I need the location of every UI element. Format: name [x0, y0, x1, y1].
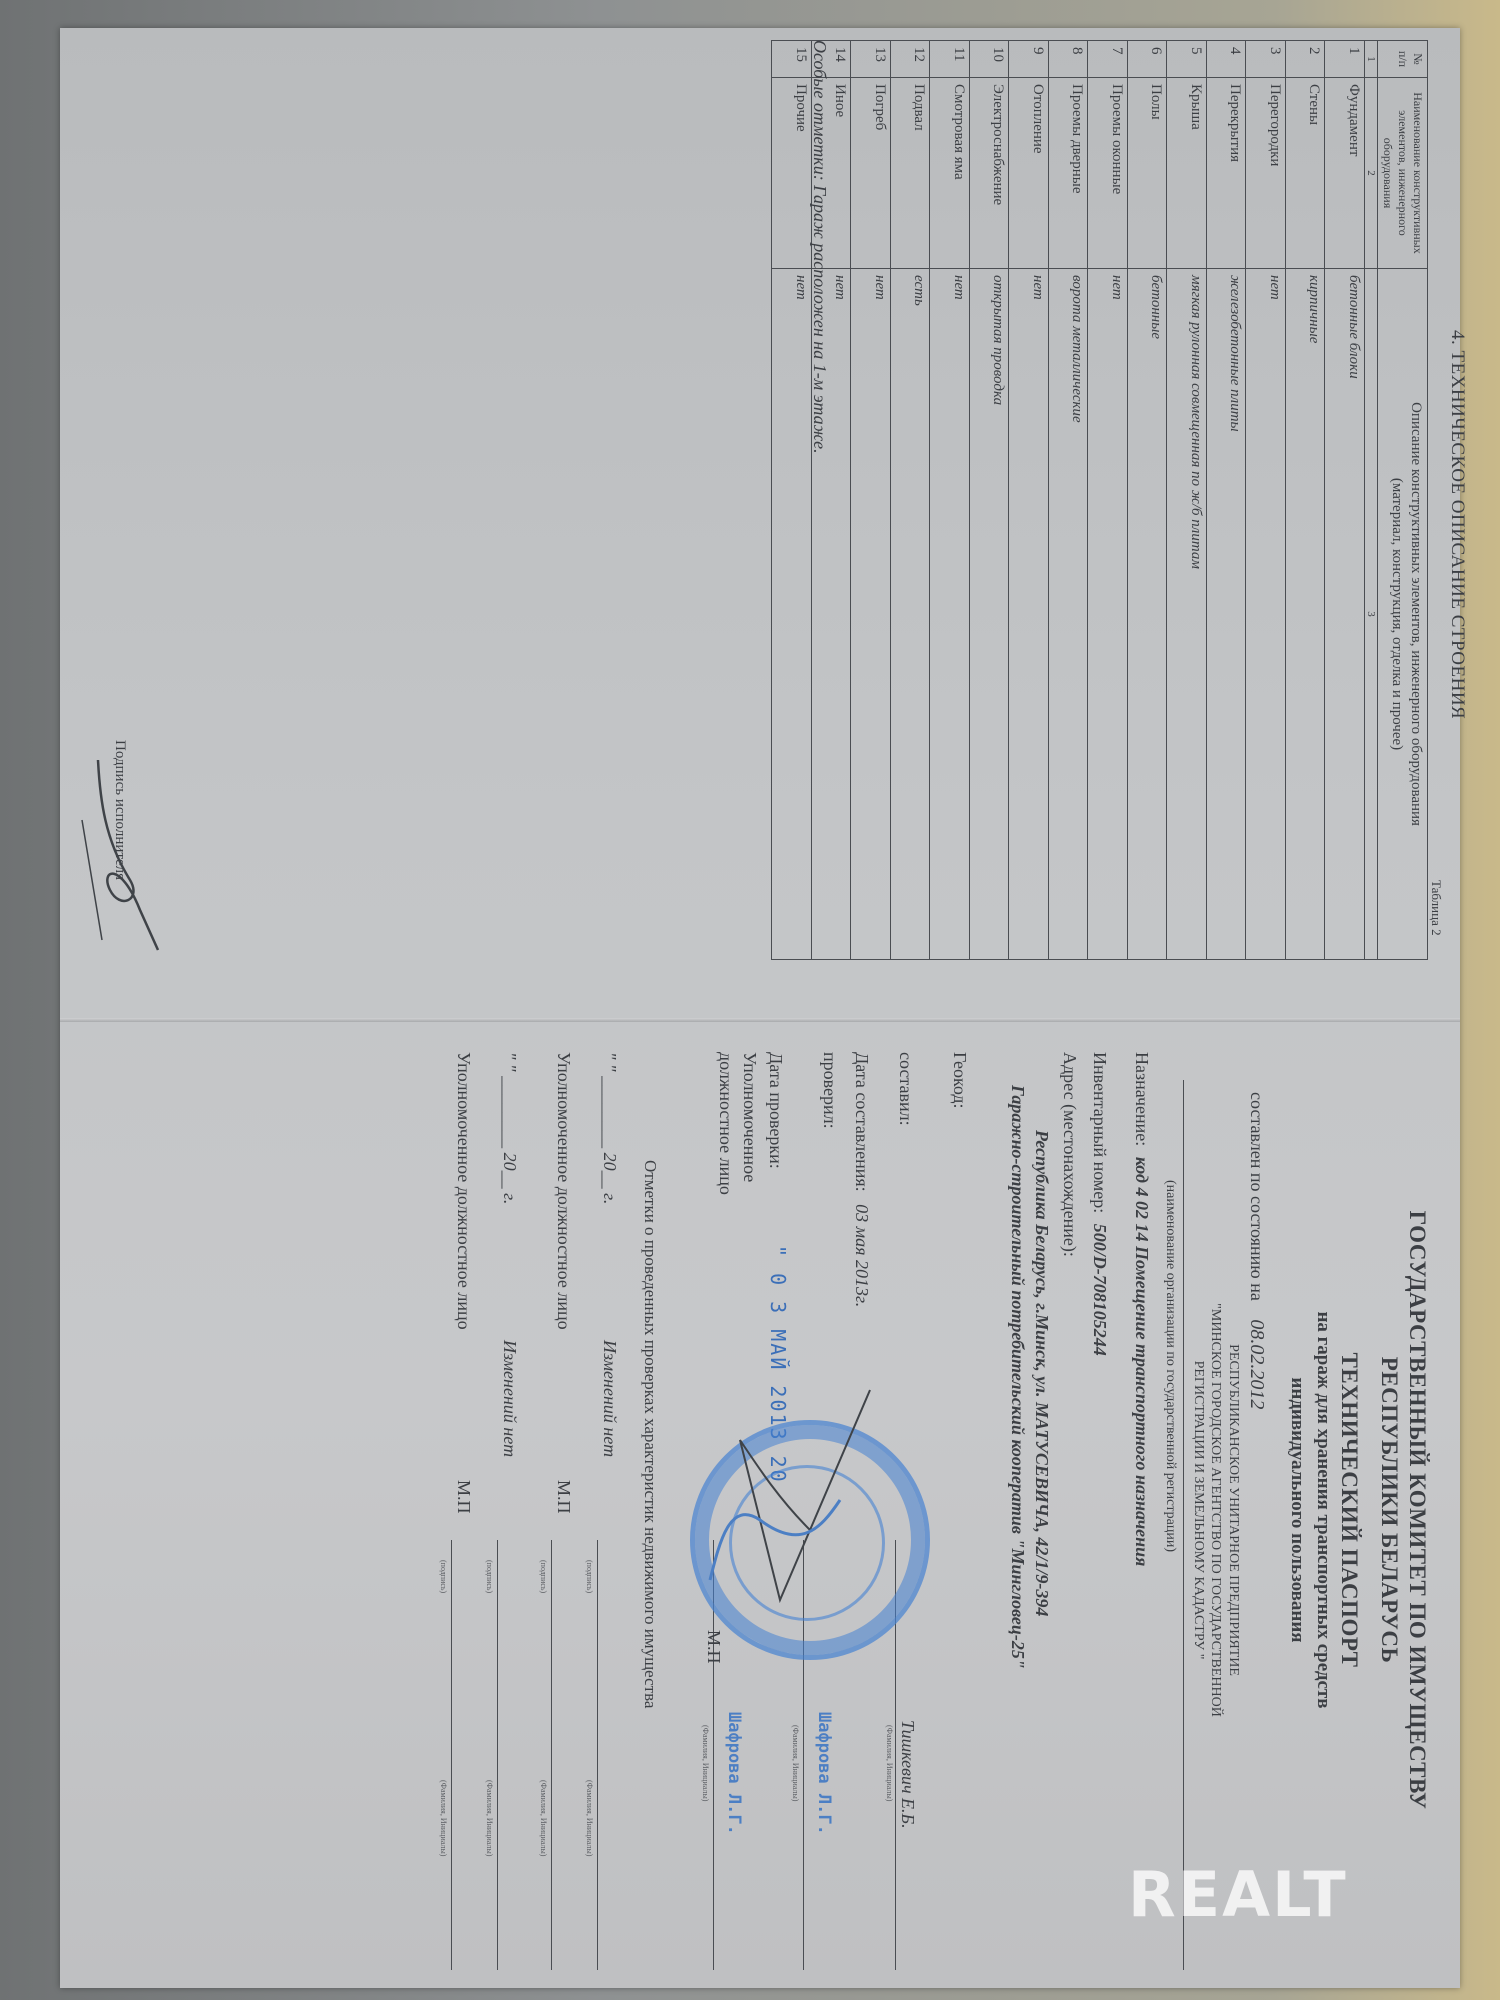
row-description: нет — [1088, 269, 1128, 960]
row-description: железобетонные плиты — [1207, 269, 1247, 960]
compiled-by-caption: (Фамилия, Инициалы) — [885, 1725, 894, 1801]
inspection-date: " " ________ 20__ г. — [499, 1052, 520, 1204]
inspection-date: " " ________ 20__ г. — [599, 1052, 620, 1204]
header-description-line1: Описание конструктивных элементов, инжен… — [1406, 275, 1425, 953]
row-description: кирпичные — [1286, 269, 1326, 960]
table-row: 5Крышамягкая рулонная совмещенная по ж/б… — [1167, 41, 1207, 960]
index-cell: 3 — [1365, 269, 1378, 960]
checked-by-label: проверил: — [819, 1052, 840, 1129]
row-description: нет — [1009, 269, 1049, 960]
inspection-signature-line — [597, 1540, 598, 1970]
section-title: 4. ТЕХНИЧЕСКОЕ ОПИСАНИЕ СТРОЕНИЯ — [1446, 330, 1468, 719]
checked-by-name: Шафрова Л.Г. — [814, 1712, 834, 1835]
row-description: ворота металлические — [1049, 269, 1089, 960]
table-row: 10Электроснабжениеоткрытая проводка — [970, 41, 1010, 960]
purpose-label: Назначение: — [1132, 1052, 1152, 1146]
header-description-line2: (материал, конструкция, отделка и прочее… — [1388, 275, 1407, 953]
row-description: нет — [851, 269, 891, 960]
row-number: 12 — [891, 41, 931, 78]
compile-date-value: 03 мая 2013г. — [852, 1204, 872, 1307]
inspection-authorized-surname-caption: (Фамилия, Инициалы) — [439, 1780, 448, 1856]
committee-header-line1: ГОСУДАРСТВЕННЫЙ КОМИТЕТ ПО ИМУЩЕСТВУ — [1404, 1110, 1430, 1910]
authorized-name: Шафрова Л.Г. — [724, 1712, 744, 1835]
table-row: 2Стеныкирпичные — [1286, 41, 1326, 960]
table-row: 9Отоплениенет — [1009, 41, 1049, 960]
compile-date: Дата составления: 03 мая 2013г. — [851, 1052, 872, 1307]
row-element-name: Электроснабжение — [970, 78, 1010, 269]
table-row: 12Подвалесть — [891, 41, 931, 960]
inspection-authorized-surname-caption: (Фамилия, Инициалы) — [539, 1780, 548, 1856]
row-description: бетонные блоки — [1325, 269, 1365, 960]
table-row: 6Полыбетонные — [1128, 41, 1168, 960]
organization-caption: (наименование организации по государстве… — [1162, 1180, 1178, 1552]
inventory-value: 500/D-708105244 — [1090, 1224, 1110, 1356]
inspection-authorized-label: Уполномоченное должностное лицо — [453, 1052, 474, 1330]
row-number: 2 — [1286, 41, 1326, 78]
row-element-name: Фундамент — [1325, 78, 1365, 269]
compiled-as-of: составлен по состоянию на 08.02.2012 — [1245, 1092, 1268, 1409]
executor-signature-icon — [80, 760, 160, 960]
table-header-row: № п/п Наименование конструктивных элемен… — [1378, 41, 1428, 960]
inspection-authorized-signature-caption: (подпись) — [439, 1560, 448, 1593]
inspection-authorized-line — [551, 1540, 552, 1970]
passport-title: ТЕХНИЧЕСКИЙ ПАСПОРТ — [1336, 1110, 1362, 1910]
table-index-row: 1 2 3 — [1365, 41, 1378, 960]
index-cell: 1 — [1365, 41, 1378, 78]
inspection-seal-label: М.П — [453, 1480, 474, 1514]
inspection-signature-line — [497, 1540, 498, 1970]
row-number: 6 — [1128, 41, 1168, 78]
row-description: открытая проводка — [970, 269, 1010, 960]
inspection-note: Изменений нет — [599, 1340, 620, 1457]
row-element-name: Подвал — [891, 78, 931, 269]
inspection-seal-label: М.П — [553, 1480, 574, 1514]
header-description: Описание конструктивных элементов, инжен… — [1378, 269, 1428, 960]
passport-subtitle-2: индивидуального пользования — [1286, 1110, 1308, 1910]
row-element-name: Полы — [1128, 78, 1168, 269]
inventory-number: Инвентарный номер: 500/D-708105244 — [1089, 1052, 1110, 1356]
row-element-name: Перекрытия — [1207, 78, 1247, 269]
table-label: Таблица 2 — [1428, 880, 1444, 936]
organization-name: РЕСПУБЛИКАНСКОЕ УНИТАРНОЕ ПРЕДПРИЯТИЕ "М… — [1190, 1110, 1243, 1910]
table-row: 8Проемы дверныеворота металлические — [1049, 41, 1089, 960]
table-row: 4Перекрытияжелезобетонные плиты — [1207, 41, 1247, 960]
address-line-2: Гаражно-строительный потребительский коо… — [1007, 1085, 1028, 1669]
organization-line-3: РЕГИСТРАЦИИ И ЗЕМЕЛЬНОМУ КАДАСТРУ " — [1190, 1110, 1208, 1910]
structure-description-table: № п/п Наименование конструктивных элемен… — [772, 40, 1429, 960]
table-row: 3Перегородкинет — [1246, 41, 1286, 960]
row-description: есть — [891, 269, 931, 960]
special-notes: Особые отметки: Гараж расположен на 1-м … — [809, 40, 830, 454]
header-num: № п/п — [1378, 41, 1428, 78]
organization-line-2: "МИНСКОЕ ГОРОДСКОЕ АГЕНТСТВО ПО ГОСУДАРС… — [1207, 1110, 1225, 1910]
official-signature-icon — [700, 1380, 900, 1640]
inventory-label: Инвентарный номер: — [1090, 1052, 1110, 1213]
compiled-as-of-label: составлен по состоянию на — [1247, 1092, 1267, 1301]
address-label: Адрес (местонахождение): — [1059, 1052, 1080, 1257]
row-element-name: Отопление — [1009, 78, 1049, 269]
organization-underline — [1183, 1080, 1184, 1970]
purpose: Назначение: код 4 02 14 Помещение трансп… — [1131, 1052, 1152, 1566]
row-element-name: Прочие — [772, 78, 812, 269]
row-number: 5 — [1167, 41, 1207, 78]
authorized-caption: (Фамилия, Инициалы) — [701, 1725, 710, 1801]
row-description: бетонные — [1128, 269, 1168, 960]
row-number: 11 — [930, 41, 970, 78]
row-description: нет — [1246, 269, 1286, 960]
row-number: 1 — [1325, 41, 1365, 78]
table-body: 1Фундаментбетонные блоки2Стеныкирпичные3… — [772, 41, 1365, 960]
index-cell: 2 — [1365, 78, 1378, 269]
table-row: 15Прочиенет — [772, 41, 812, 960]
row-element-name: Погреб — [851, 78, 891, 269]
inspection-authorized-signature-caption: (подпись) — [539, 1560, 548, 1593]
row-number: 13 — [851, 41, 891, 78]
row-number: 10 — [970, 41, 1010, 78]
table-row: 7Проемы оконныенет — [1088, 41, 1128, 960]
row-element-name: Крыша — [1167, 78, 1207, 269]
row-number: 7 — [1088, 41, 1128, 78]
inspection-authorized-label: Уполномоченное должностное лицо — [553, 1052, 574, 1330]
authorized-label-1: Уполномоченное — [739, 1052, 760, 1182]
row-description: нет — [930, 269, 970, 960]
row-element-name: Перегородки — [1246, 78, 1286, 269]
checked-by-caption: (Фамилия, Инициалы) — [791, 1725, 800, 1801]
committee-header-line2: РЕСПУБЛИКИ БЕЛАРУСЬ — [1376, 1110, 1402, 1910]
row-number: 8 — [1049, 41, 1089, 78]
row-element-name: Проемы оконные — [1088, 78, 1128, 269]
geocode-label: Геокод: — [949, 1052, 970, 1109]
row-description: мягкая рулонная совмещенная по ж/б плита… — [1167, 269, 1207, 960]
header-name: Наименование конструктивных элементов, и… — [1378, 78, 1428, 269]
organization-line-1: РЕСПУБЛИКАНСКОЕ УНИТАРНОЕ ПРЕДПРИЯТИЕ — [1225, 1110, 1243, 1910]
row-number: 4 — [1207, 41, 1247, 78]
row-element-name: Проемы дверные — [1049, 78, 1089, 269]
compiled-by-name: Тишкевич Е.Б. — [897, 1720, 918, 1829]
compiled-by-label: составил: — [895, 1052, 916, 1126]
table-row: 11Смотровая яманет — [930, 41, 970, 960]
compiled-as-of-value: 08.02.2012 — [1246, 1319, 1268, 1409]
row-description: нет — [772, 269, 812, 960]
inspection-note: Изменений нет — [499, 1340, 520, 1457]
table-row: 1Фундаментбетонные блоки — [1325, 41, 1365, 960]
realt-watermark: REALT — [1128, 1858, 1348, 1931]
row-element-name: Стены — [1286, 78, 1326, 269]
passport-subtitle-1: на гараж для хранения транспортных средс… — [1312, 1110, 1334, 1910]
row-element-name: Смотровая яма — [930, 78, 970, 269]
compile-date-label: Дата составления: — [852, 1052, 872, 1192]
check-date-label: Дата проверки: — [765, 1052, 786, 1169]
inspection-authorized-line — [451, 1540, 452, 1970]
inspection-signature-caption: (подпись) — [585, 1560, 594, 1593]
purpose-value: код 4 02 14 Помещение транспортного назн… — [1132, 1157, 1152, 1567]
inspection-signature-caption: (подпись) — [485, 1560, 494, 1593]
inspection-surname-caption: (Фамилия, Инициалы) — [485, 1780, 494, 1856]
row-number: 3 — [1246, 41, 1286, 78]
authorized-label-2: должностное лицо — [715, 1052, 736, 1195]
row-number: 9 — [1009, 41, 1049, 78]
inspections-title: Отметки о проведенных проверках характер… — [640, 1160, 660, 1708]
address-line-1: Республика Беларусь, г.Минск, ул. МАТУСЕ… — [1031, 1130, 1052, 1616]
rotated-document: 4. ТЕХНИЧЕСКОЕ ОПИСАНИЕ СТРОЕНИЯ Таблица… — [0, 0, 1500, 2000]
row-number: 15 — [772, 41, 812, 78]
table-row: 13Погребнет — [851, 41, 891, 960]
inspection-surname-caption: (Фамилия, Инициалы) — [585, 1780, 594, 1856]
